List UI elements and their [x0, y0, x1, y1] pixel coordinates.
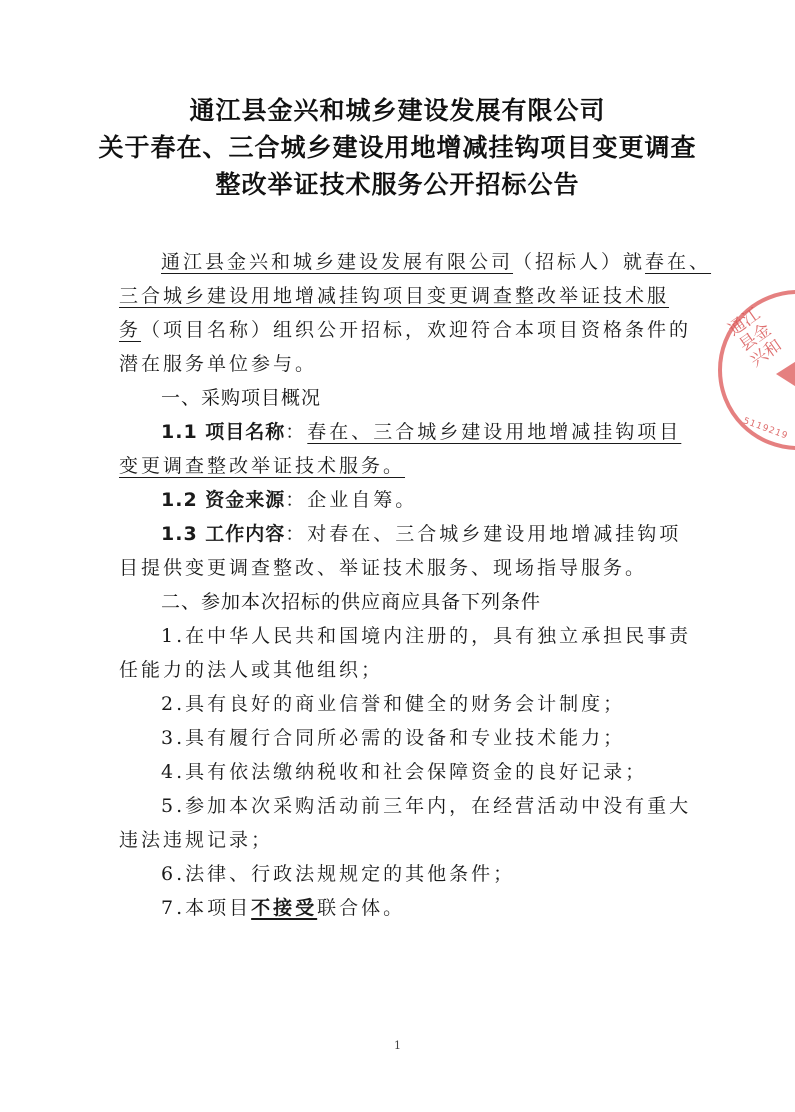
item-1-1-line-2: 变更调查整改举证技术服务。 [119, 449, 677, 483]
seal-star-icon [776, 360, 795, 388]
title-line-notice: 整改举证技术服务公开招标公告 [0, 166, 795, 203]
section-heading-2: 二、参加本次招标的供应商应具备下列条件 [119, 585, 677, 619]
condition-2: 2.具有良好的商业信誉和健全的财务会计制度； [119, 687, 677, 721]
condition-4: 4.具有依法缴纳税收和社会保障资金的良好记录； [119, 755, 677, 789]
intro-line-2: 三合城乡建设用地增减挂钩项目变更调查整改举证技术服 [119, 279, 677, 313]
title-line-company: 通江县金兴和城乡建设发展有限公司 [0, 92, 795, 129]
page-number: 1 [0, 1039, 795, 1052]
intro-text: （项目名称）组织公开招标，欢迎符合本项目资格条件的 [141, 319, 691, 341]
item-value: 对春在、三合城乡建设用地增减挂钩项 [307, 523, 681, 545]
document-body: 通江县金兴和城乡建设发展有限公司（招标人）就春在、 三合城乡建设用地增减挂钩项目… [119, 245, 677, 925]
condition-6: 6.法律、行政法规规定的其他条件； [119, 857, 677, 891]
project-name-start: 春在、 [645, 251, 711, 273]
condition-3: 3.具有履行合同所必需的设备和专业技术能力； [119, 721, 677, 755]
item-value: 春在、三合城乡建设用地增减挂钩项目 [307, 421, 681, 443]
condition-text: 7.本项目 [161, 897, 251, 919]
section-heading-1: 一、采购项目概况 [119, 381, 677, 415]
colon: ： [285, 421, 307, 443]
intro-line-4: 潜在服务单位参与。 [119, 347, 677, 381]
tenderer-name: 通江县金兴和城乡建设发展有限公司 [161, 251, 513, 273]
condition-5-line-1: 5.参加本次采购活动前三年内，在经营活动中没有重大 [119, 789, 677, 823]
item-value: 变更调查整改举证技术服务。 [119, 455, 405, 477]
item-label: 1.2 资金来源 [161, 489, 285, 511]
intro-line-1: 通江县金兴和城乡建设发展有限公司（招标人）就春在、 [119, 245, 677, 279]
intro-line-3: 务（项目名称）组织公开招标，欢迎符合本项目资格条件的 [119, 313, 677, 347]
document-page: 通江县金兴和城乡建设发展有限公司 关于春在、三合城乡建设用地增减挂钩项目变更调查… [0, 0, 795, 1112]
condition-text: 联合体。 [317, 897, 405, 919]
item-1-3-line-2: 目提供变更调查整改、举证技术服务、现场指导服务。 [119, 551, 677, 585]
intro-text: （招标人）就 [513, 251, 645, 273]
condition-7: 7.本项目不接受联合体。 [119, 891, 677, 925]
item-1-1-line-1: 1.1 项目名称：春在、三合城乡建设用地增减挂钩项目 [119, 415, 677, 449]
project-name-end: 务 [119, 319, 141, 341]
condition-5-line-2: 违法违规记录； [119, 823, 677, 857]
condition-1-line-1: 1.在中华人民共和国境内注册的，具有独立承担民事责 [119, 619, 677, 653]
emphasis-not-accepted: 不接受 [251, 897, 317, 919]
item-label: 1.1 项目名称 [161, 421, 285, 443]
item-label: 1.3 工作内容 [161, 523, 285, 545]
item-1-3-line-1: 1.3 工作内容：对春在、三合城乡建设用地增减挂钩项 [119, 517, 677, 551]
item-value: 企业自筹。 [307, 489, 417, 511]
project-name-mid: 三合城乡建设用地增减挂钩项目变更调查整改举证技术服 [119, 285, 669, 307]
item-1-2: 1.2 资金来源：企业自筹。 [119, 483, 677, 517]
document-title: 通江县金兴和城乡建设发展有限公司 关于春在、三合城乡建设用地增减挂钩项目变更调查… [0, 92, 795, 203]
colon: ： [285, 523, 307, 545]
title-line-subject: 关于春在、三合城乡建设用地增减挂钩项目变更调查 [0, 129, 795, 166]
condition-1-line-2: 任能力的法人或其他组织； [119, 653, 677, 687]
colon: ： [285, 489, 307, 511]
